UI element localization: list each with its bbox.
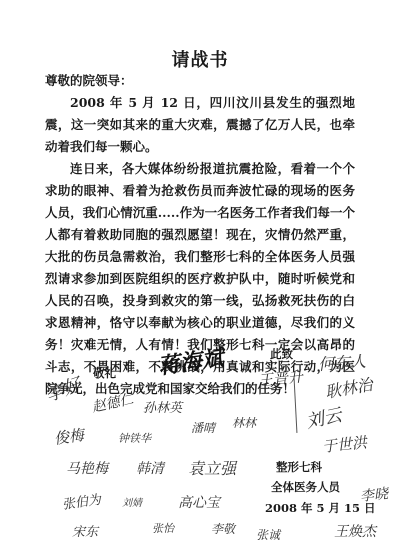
paragraph: 2008 年 5 月 12 日，四川汶川县发生的强烈地震，这一突如其来的重大灾难… (45, 92, 355, 158)
signature: 于世洪 (321, 431, 368, 457)
signature: 张怡 (152, 520, 174, 536)
signature: 马艳梅 (66, 458, 108, 478)
department-name: 整形七科 (276, 459, 322, 475)
signature: 韩清 (136, 458, 164, 478)
signature: 王焕杰 (334, 521, 376, 541)
signature: 刘云 (303, 401, 344, 434)
signature: 钟铁华 (118, 430, 151, 446)
signature: 李敬 (211, 520, 235, 537)
signature: 孙林英 (143, 397, 182, 416)
signature: 张诚 (256, 526, 280, 543)
signature: 潘晴 (191, 419, 215, 436)
salutation: 尊敬的院领导： (45, 71, 133, 89)
document-title: 请战书 (0, 46, 400, 72)
closing-ci-zhi: 此致 (270, 346, 293, 362)
closing-jing-li: 敬礼 (93, 365, 116, 381)
signature: 袁立强 (188, 456, 236, 479)
signature: 刘婧 (122, 494, 142, 509)
document-date: 2008 年 5 月 15 日 (265, 500, 376, 516)
signature: 高心宝 (178, 492, 220, 512)
signature: 李晓 (359, 483, 389, 506)
signature: 宋东 (72, 521, 98, 540)
signature: 何东人 (317, 349, 367, 375)
signature: 林林 (232, 414, 256, 431)
signature: 张伯为 (61, 489, 102, 513)
signature: 俊梅 (53, 424, 86, 449)
staff-label: 全体医务人员 (271, 479, 340, 495)
